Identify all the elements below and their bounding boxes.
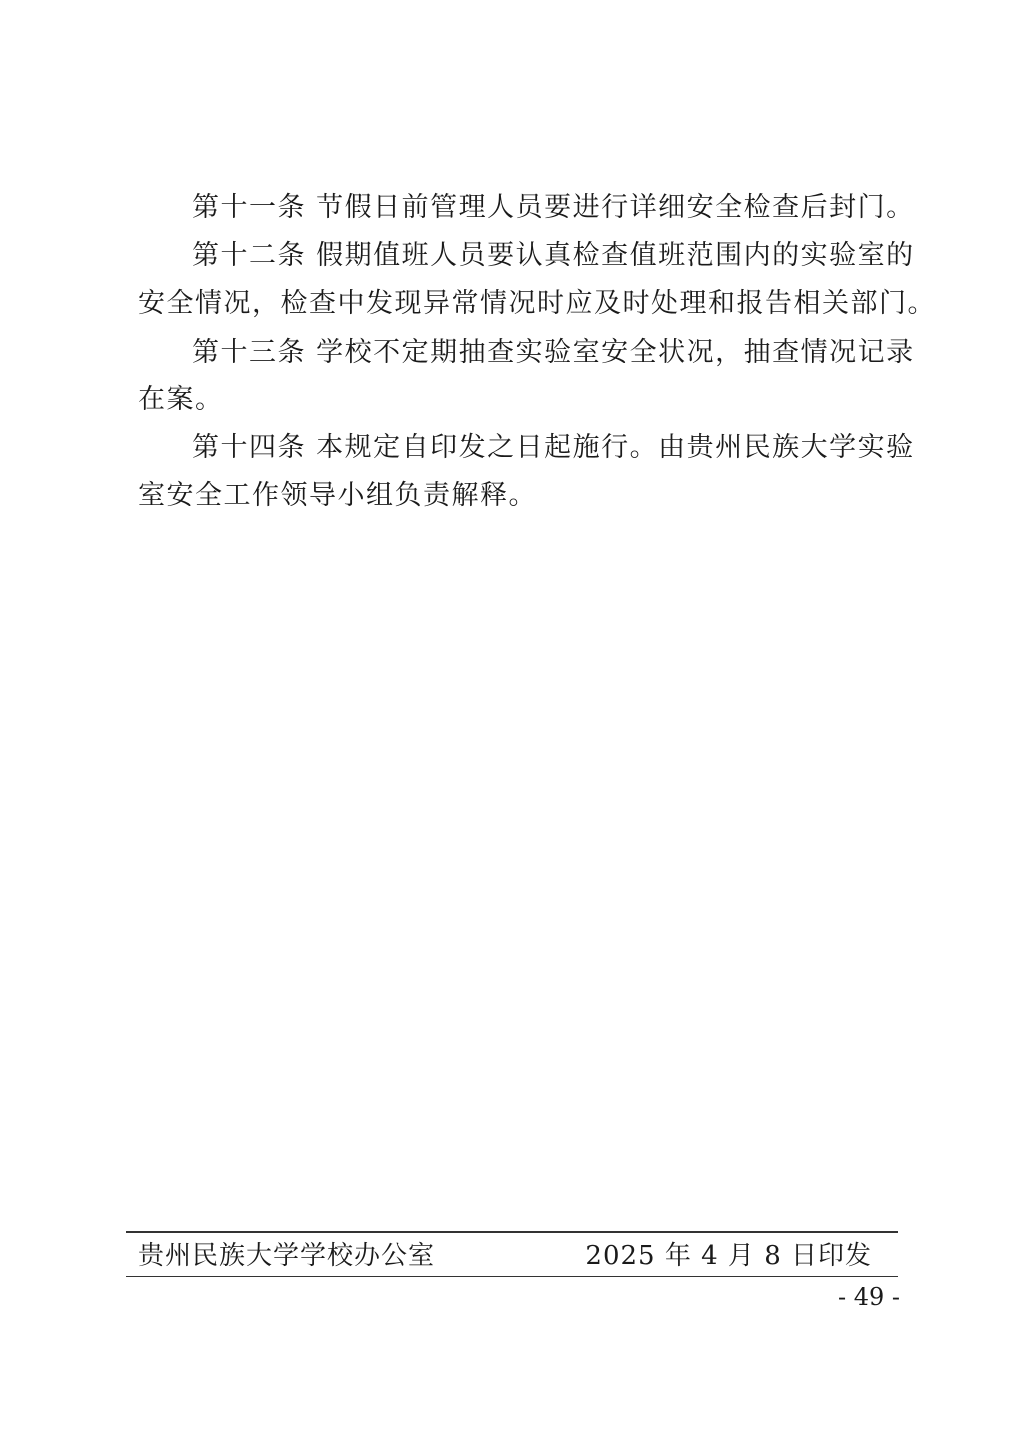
article-13-line-1: 第十三条 学校不定期抽查实验室安全状况，抽查情况记录 bbox=[192, 333, 898, 373]
article-14-line-2: 室安全工作领导小组负责解释。 bbox=[138, 476, 898, 516]
footer-issuer: 贵州民族大学学校办公室 bbox=[138, 1236, 435, 1276]
footer-date: 2025 年 4 月 8 日印发 bbox=[585, 1236, 872, 1276]
footer-top-rule bbox=[126, 1231, 898, 1233]
article-12-line-2: 安全情况，检查中发现异常情况时应及时处理和报告相关部门。 bbox=[138, 284, 898, 324]
article-12-line-1: 第十二条 假期值班人员要认真检查值班范围内的实验室的 bbox=[192, 236, 898, 276]
article-13-line-2: 在案。 bbox=[138, 380, 898, 420]
article-14-line-1: 第十四条 本规定自印发之日起施行。由贵州民族大学实验 bbox=[192, 428, 898, 468]
footer-bottom-rule bbox=[126, 1276, 898, 1277]
page-number: - 49 - bbox=[838, 1280, 900, 1314]
article-11-line-1: 第十一条 节假日前管理人员要进行详细安全检查后封门。 bbox=[192, 188, 898, 228]
